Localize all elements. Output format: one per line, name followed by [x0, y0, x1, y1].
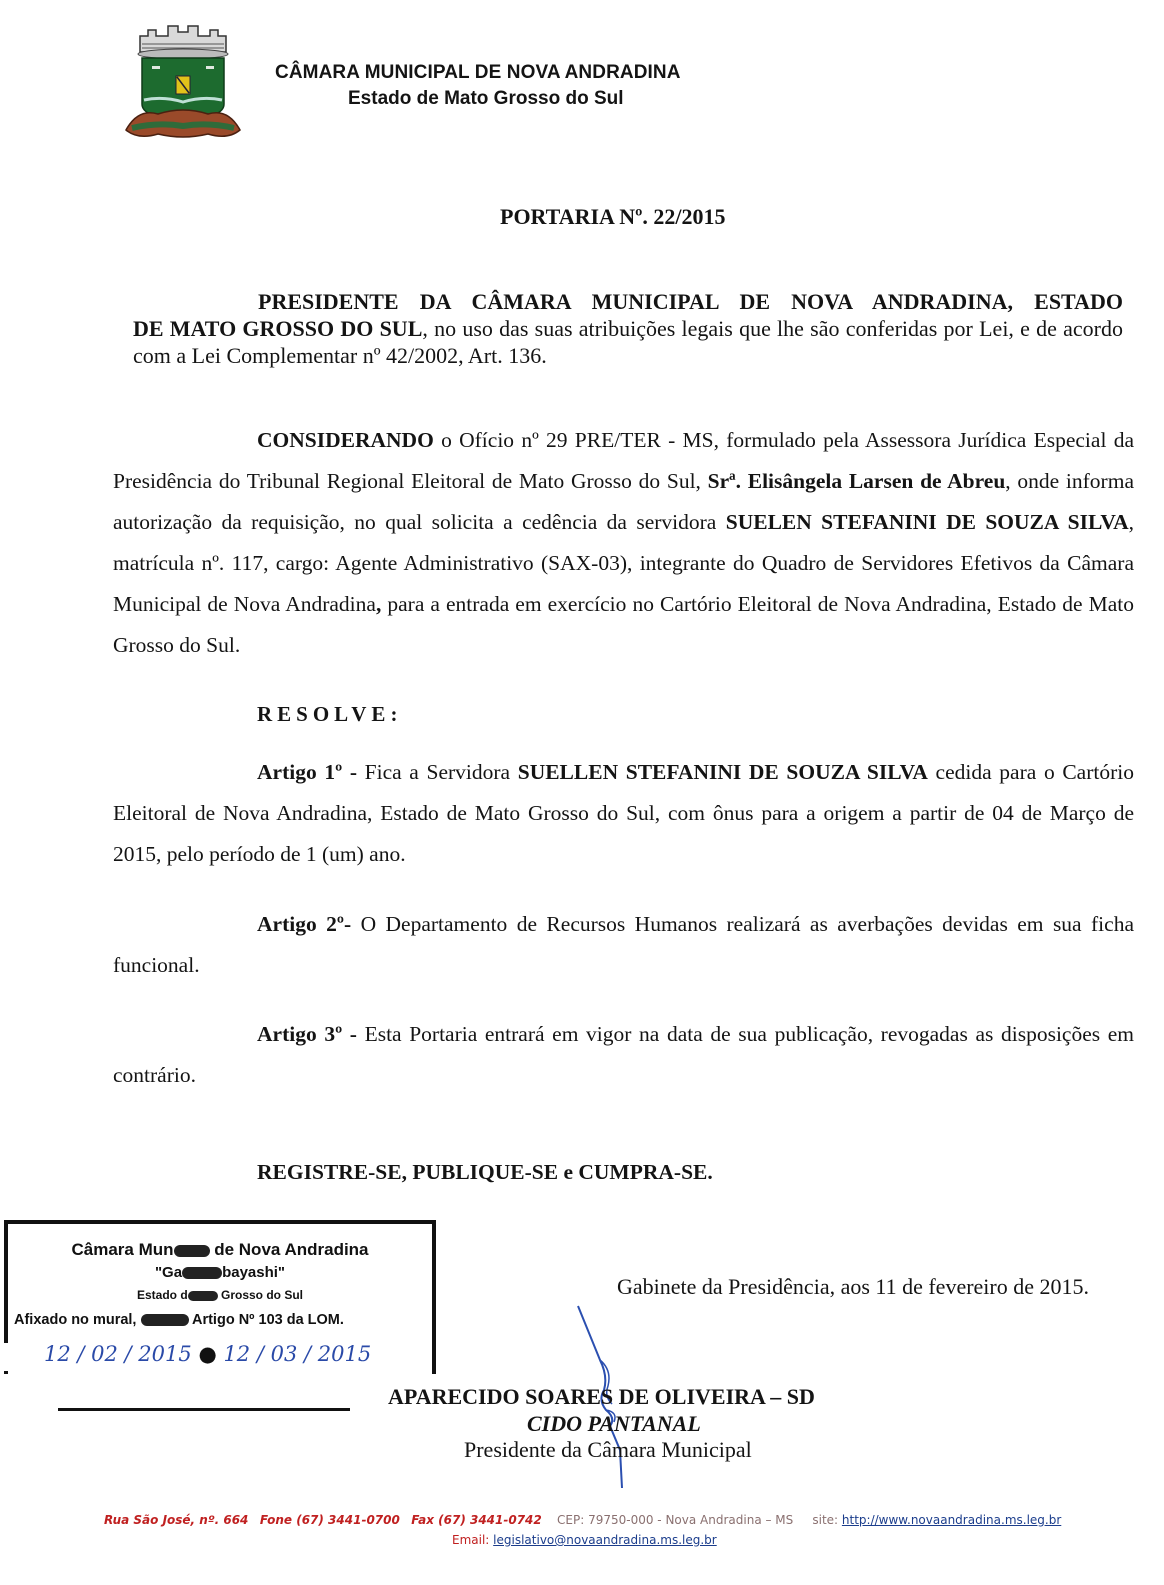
stamp-date-to: 12 / 03 / 2015 [223, 1342, 371, 1366]
signatory-role: Presidente da Câmara Municipal [464, 1437, 752, 1463]
footer-email-link[interactable]: legislativo@novaandradina.ms.leg.br [493, 1533, 717, 1547]
stamp-line-3: Estado d Grosso do Sul [8, 1288, 432, 1302]
stamp-underline [58, 1408, 350, 1411]
article-3-label: Artigo 3º - [257, 1022, 357, 1046]
municipal-coat-of-arms-icon [118, 22, 248, 142]
intro-bold-lead-1: PRESIDENTE DA CÂMARA MUNICIPAL DE NOVA A… [258, 289, 1123, 314]
footer-fax: Fax (67) 3441-0742 [411, 1513, 541, 1527]
article-1-text-1: Fica a Servidora [357, 760, 518, 784]
stamp-line-1: Câmara Mun de Nova Andradina [8, 1240, 432, 1260]
coat-of-arms-logo [118, 22, 248, 142]
signatory-nickname: CIDO PANTANAL [527, 1411, 701, 1437]
article-1-label: Artigo 1º - [257, 760, 357, 784]
footer-cep: CEP: 79750-000 - Nova Andradina – MS [557, 1513, 793, 1527]
stamp-line-2: "Gabayashi" [8, 1264, 432, 1281]
intro-bold-lead-2: DE MATO GROSSO DO SUL [133, 316, 422, 341]
considerando-servant-name: SUELEN STEFANINI DE SOUZA SILVA [726, 510, 1129, 534]
footer-site-link[interactable]: http://www.novaandradina.ms.leg.br [842, 1513, 1061, 1527]
article-2: Artigo 2º- O Departamento de Recursos Hu… [113, 904, 1134, 986]
considerando-lead: CONSIDERANDO [257, 428, 434, 452]
footer-contact-line: Rua São José, nº. 664 Fone (67) 3441-070… [104, 1513, 1061, 1527]
posting-stamp: Câmara Mun de Nova Andradina "Gabayashi"… [4, 1220, 436, 1374]
considerando-requester-name: Srª. Elisângela Larsen de Abreu [708, 469, 1006, 493]
article-1-servant-name: SUELLEN STEFANINI DE SOUZA SILVA [518, 760, 928, 784]
stamp-line-4: Afixado no mural, Artigo Nº 103 da LOM. [14, 1312, 432, 1328]
footer-site-label: site: [812, 1513, 838, 1527]
stamp-border-gap [4, 1343, 8, 1371]
institution-state: Estado de Mato Grosso do Sul [348, 88, 624, 110]
intro-paragraph: PRESIDENTE DA CÂMARA MUNICIPAL DE NOVA A… [133, 288, 1123, 369]
considerando-paragraph: CONSIDERANDO o Ofício nº 29 PRE/TER - MS… [113, 420, 1134, 666]
stamp-dates: 12 / 02 / 2015 ● 12 / 03 / 2015 [44, 1342, 371, 1366]
document-title: PORTARIA Nº. 22/2015 [500, 204, 725, 230]
footer-address: Rua São José, nº. 664 [104, 1513, 248, 1527]
footer-phone: Fone (67) 3441-0700 [260, 1513, 400, 1527]
article-1: Artigo 1º - Fica a Servidora SUELLEN STE… [113, 752, 1134, 875]
resolve-heading: RESOLVE: [257, 702, 402, 727]
footer-email-label: Email: [452, 1533, 489, 1547]
place-and-date: Gabinete da Presidência, aos 11 de fever… [617, 1274, 1089, 1300]
institution-name: CÂMARA MUNICIPAL DE NOVA ANDRADINA [275, 62, 681, 84]
article-3: Artigo 3º - Esta Portaria entrará em vig… [113, 1014, 1134, 1096]
article-2-label: Artigo 2º- [257, 912, 351, 936]
signatory-name: APARECIDO SOARES DE OLIVEIRA – SD [388, 1384, 815, 1410]
closing-statement: REGISTRE-SE, PUBLIQUE-SE e CUMPRA-SE. [257, 1160, 713, 1185]
stamp-date-from: 12 / 02 / 2015 [44, 1342, 192, 1366]
footer-email-line: Email: legislativo@novaandradina.ms.leg.… [452, 1533, 717, 1547]
